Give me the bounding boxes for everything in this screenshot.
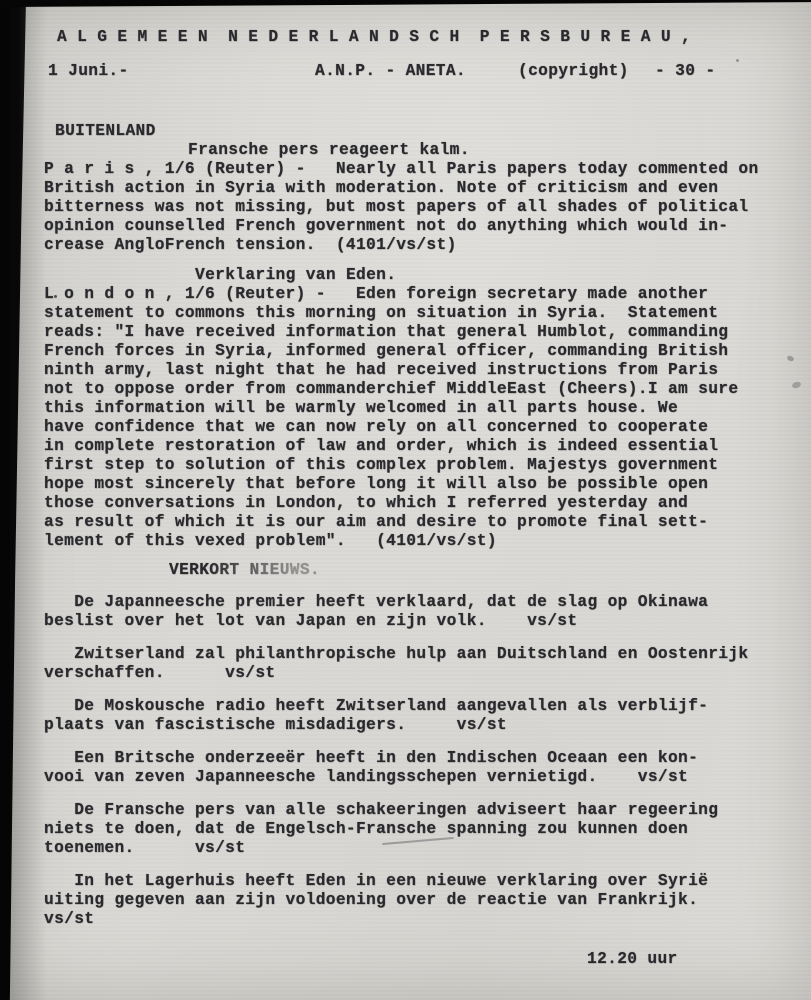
date-label: 1 Juni.-: [48, 62, 129, 81]
text-line: not to oppose order from commanderchief …: [44, 380, 804, 399]
text-line: De Moskousche radio heeft Zwitserland aa…: [44, 697, 804, 716]
text-line: opinion counselled French government not…: [44, 217, 804, 236]
short-news-item: De Fransche pers van alle schakeeringen …: [44, 801, 804, 858]
text-line: lement of this vexed problem". (4101/vs/…: [44, 532, 804, 551]
text-line: In het Lagerhuis heeft Eden in een nieuw…: [44, 872, 804, 891]
text-line: bitterness was not missing, but most pap…: [44, 198, 804, 217]
text-line: those conversations in London, to which …: [44, 494, 804, 513]
text-line: first step to solution of this complex p…: [44, 456, 804, 475]
text-line: beslist over het lot van Japan en zijn v…: [44, 612, 804, 631]
masthead-row: 1 Juni.- A.N.P. - ANETA. (copyright) - 3…: [44, 62, 804, 81]
article-fransche-pers: Fransche pers reageert kalm. P a r i s ,…: [44, 141, 804, 255]
short-news-item: Een Britsche onderzeeër heeft in den Ind…: [44, 749, 804, 787]
short-news-item: De Moskousche radio heeft Zwitserland aa…: [44, 697, 804, 735]
text-line: statement to commons this morning on sit…: [44, 304, 804, 323]
text-line: have confidence that we can now rely on …: [44, 418, 804, 437]
text-line: Een Britsche onderzeeër heeft in den Ind…: [44, 749, 804, 768]
article-heading: Verklaring van Eden.: [195, 266, 804, 285]
scan-edge-top: [0, 0, 811, 7]
text-line: toenemen. vs/st: [44, 839, 804, 858]
sheet-number: - 30 -: [655, 62, 715, 81]
scan-edge-left: [0, 0, 26, 1000]
text-line: crease AngloFrench tension. (4101/vs/st): [44, 236, 804, 255]
document-content: A L G E M E E N N E D E R L A N D S C H …: [44, 28, 804, 969]
article-verklaring-eden: Verklaring van Eden. L o n d o n , 1/6 (…: [44, 266, 804, 551]
article-heading: Fransche pers reageert kalm.: [188, 141, 804, 160]
text-line: verschaffen. vs/st: [44, 664, 804, 683]
text-line: ninth army, last night that he had recei…: [44, 361, 804, 380]
short-news-item: De Japanneesche premier heeft verklaard,…: [44, 593, 804, 631]
copyright-label: (copyright): [518, 62, 629, 81]
section-rubric: BUITENLAND: [55, 122, 804, 141]
shorts-section-heading: VERKORT NIEUWS.: [169, 561, 804, 580]
text-line: plaats van fascistische misdadigers. vs/…: [44, 716, 804, 735]
text-line: vooi van zeven Japanneesche landingssche…: [44, 768, 804, 787]
text-line: uiting gegeven aan zijn voldoening over …: [44, 891, 804, 910]
text-line: Zwitserland zal philanthropische hulp aa…: [44, 645, 804, 664]
text-line: niets te doen, dat de Engelsch-Fransche …: [44, 820, 804, 839]
issue-time: 12.20 uur: [587, 950, 804, 969]
text-line: hope most sincerely that before long it …: [44, 475, 804, 494]
text-line: vs/st: [44, 910, 804, 929]
text-line: as result of which it is our aim and des…: [44, 513, 804, 532]
text-line: De Fransche pers van alle schakeeringen …: [44, 801, 804, 820]
short-news-item: Zwitserland zal philanthropische hulp aa…: [44, 645, 804, 683]
text-line: P a r i s , 1/6 (Reuter) - Nearly all Pa…: [44, 160, 804, 179]
text-line: this information will be warmly welcomed…: [44, 399, 804, 418]
scanned-press-bulletin: A L G E M E E N N E D E R L A N D S C H …: [0, 0, 811, 1000]
wire-service-label: A.N.P. - ANETA.: [315, 62, 466, 81]
text-line: reads: "I have received information that…: [44, 323, 804, 342]
text-line: L o n d o n , 1/6 (Reuter) - Eden foreig…: [44, 285, 804, 304]
text-line: French forces in Syria, informed general…: [44, 342, 804, 361]
agency-title: A L G E M E E N N E D E R L A N D S C H …: [57, 28, 804, 47]
text-line: De Japanneesche premier heeft verklaard,…: [44, 593, 804, 612]
text-line: in complete restoration of law and order…: [44, 437, 804, 456]
text-line: British action in Syria with moderation.…: [44, 179, 804, 198]
short-news-item: In het Lagerhuis heeft Eden in een nieuw…: [44, 872, 804, 929]
